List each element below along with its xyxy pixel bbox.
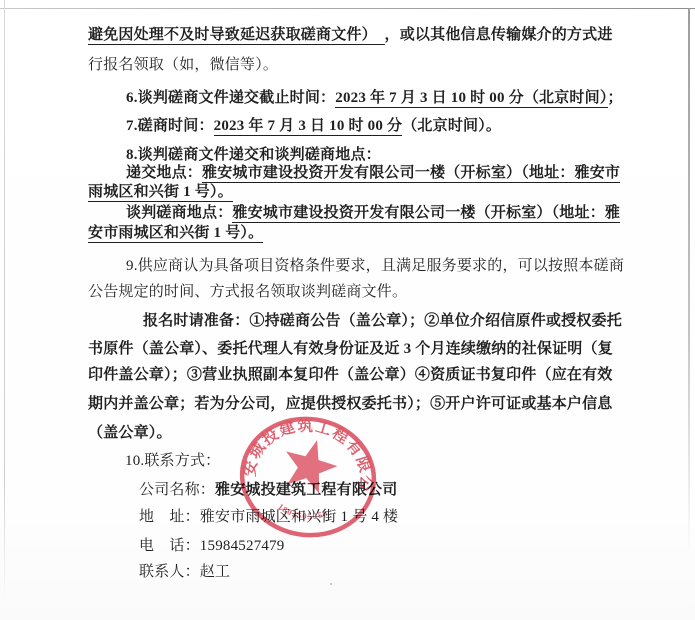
submit-location-line-2: 雨城区和兴街 1 号）。 <box>88 183 233 202</box>
submit-location-label: 递交地点： <box>126 165 202 181</box>
scan-artifact-speck <box>330 583 332 585</box>
contact-phone-line: 电 话：15984527479 <box>139 537 285 556</box>
seal-company-text: 雅安城投建筑工程有限公司 <box>235 412 381 494</box>
submit-location-line-1: 递交地点：雅安城市建设投资开发有限公司一楼（开标室）（地址：雅安市 <box>126 164 620 183</box>
signup-notes-line-5: （盖公章）。 <box>88 424 172 443</box>
intro-underlined-clause: 避免因处理不及时导致延迟获取磋商文件） <box>88 27 385 45</box>
item-6-deadline: 6.谈判磋商文件递交截止时间：2023 年 7 月 3 日 10 时 00 分（… <box>126 89 623 108</box>
item-7-tail: （北京时间）。 <box>402 118 501 134</box>
submit-location-value-1: 雅安城市建设投资开发有限公司一楼（开标室）（地址：雅安市 <box>202 165 620 183</box>
item-10-contact-heading: 10.联系方式： <box>125 452 220 471</box>
seal-star-icon <box>278 433 343 496</box>
intro-line-1: 避免因处理不及时导致延迟获取磋商文件） ，或以其他信息传输媒介的方式进 <box>88 26 613 45</box>
item-6-label: 6.谈判磋商文件递交截止时间： <box>126 90 335 106</box>
negotiation-location-value-1: 雅安城市建设投资开发有限公司一楼（开标室）（地址：雅 <box>232 205 620 223</box>
intro-line-2: 行报名领取（如，微信等）。 <box>88 56 278 75</box>
signup-notes-line-1: 报名时请准备：①持磋商公告（盖公章）；②单位介绍信原件或授权委托 <box>143 312 622 331</box>
item-7-time: 7.磋商时间：2023 年 7 月 3 日 10 时 00 分（北京时间）。 <box>126 117 501 136</box>
negotiation-location-line-2: 安市雨城区和兴街 1 号）。 <box>88 224 263 243</box>
contact-person-line: 联系人：赵工 <box>139 563 230 582</box>
item-7-label: 7.磋商时间： <box>126 118 214 134</box>
item-6-tail: ； <box>608 90 623 106</box>
item-8-heading: 8.谈判磋商文件递交和谈判磋商地点： <box>126 146 381 165</box>
scan-artifact-right-line <box>688 8 690 553</box>
signup-notes-line-3: 印件盖公章）；③营业执照副本复印件（盖公章）④资质证书复印件（应在有效 <box>88 366 613 385</box>
signup-notes-line-2: 书原件（盖公章）、委托代理人有效身份证及近 3 个月连续缴纳的社保证明（复 <box>88 340 613 359</box>
contact-company-label: 公司名称： <box>139 482 215 498</box>
negotiation-location-line-1: 谈判磋商地点：雅安城市建设投资开发有限公司一楼（开标室）（地址：雅 <box>126 204 620 223</box>
item-9-paragraph-line-1: 9.供应商认为具备项目资格条件要求，且满足服务要求的，可以按照本磋商 <box>126 257 624 276</box>
submit-location-value-2: 雨城区和兴街 1 号）。 <box>88 184 233 202</box>
item-6-deadline-value: 2023 年 7 月 3 日 10 时 00 分（北京时间） <box>335 90 607 108</box>
document-page: 避免因处理不及时导致延迟获取磋商文件） ，或以其他信息传输媒介的方式进 行报名领… <box>0 0 695 620</box>
company-seal: 雅安城投建筑工程有限公司 1802505050 <box>235 412 381 543</box>
item-7-time-value: 2023 年 7 月 3 日 10 时 00 分 <box>214 118 403 136</box>
negotiation-location-value-2: 安市雨城区和兴街 1 号）。 <box>88 225 263 243</box>
item-9-paragraph-line-2: 公告规定的时间、方式报名领取谈判磋商文件。 <box>88 283 407 302</box>
scan-artifact-top-line <box>0 8 695 9</box>
seal-number-text: 1802505050 <box>275 501 331 525</box>
scan-artifact-left-line <box>4 0 5 600</box>
signup-notes-line-4: 期内并盖公章；若为分公司，应提供授权委托书）；⑤开户许可证或基本户信息 <box>88 395 613 414</box>
negotiation-location-label: 谈判磋商地点： <box>126 205 232 221</box>
intro-rest: ，或以其他信息传输媒介的方式进 <box>385 27 613 43</box>
